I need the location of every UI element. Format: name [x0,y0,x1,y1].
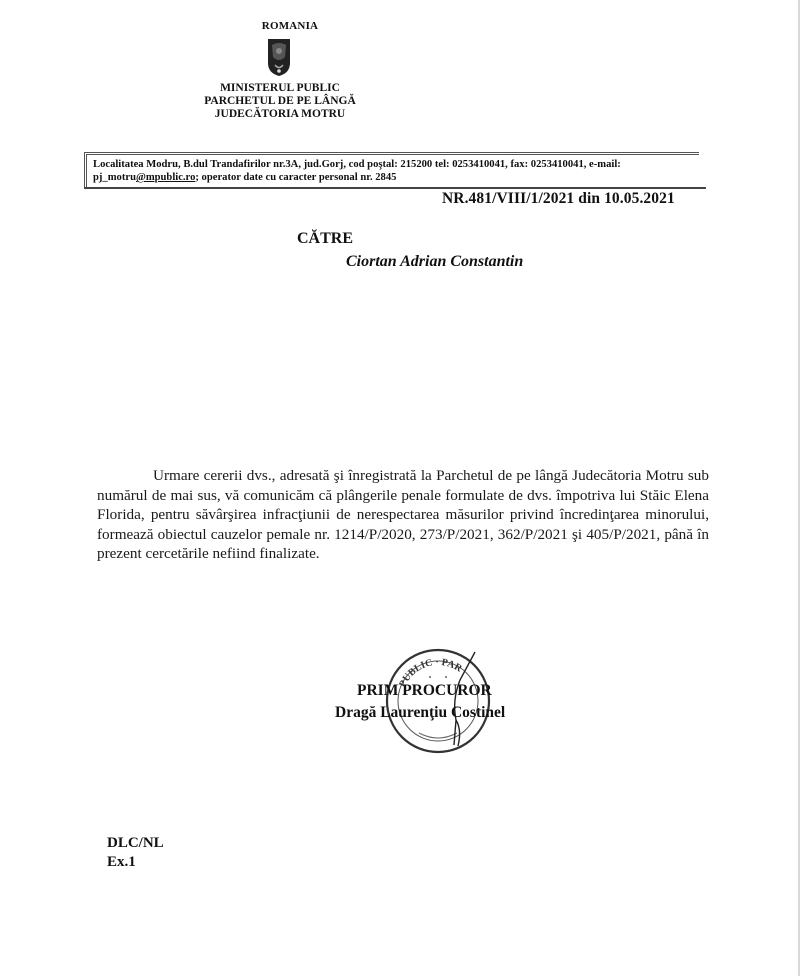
institution-line-2: PARCHETUL DE PE LÂNGĂ [180,95,380,108]
email-link[interactable]: @mpublic.ro [136,172,195,183]
signatory-name: Dragă Laurenţiu Costinel [335,704,505,722]
document-page: ROMANIA MINISTERUL PUBLIC PARCHETUL DE P… [0,0,800,976]
address-line-2: pj_motru@mpublic.ro; operator date cu ca… [93,171,693,184]
institution-line-1: MINISTERUL PUBLIC [180,82,380,95]
address-block: Localitatea Modru, B.dul Trandafirilor n… [84,152,699,187]
registration-number: NR.481/VIII/1/2021 din 10.05.2021 [442,190,675,208]
recipient-label: CĂTRE [297,230,353,248]
email-prefix: pj_motru [93,172,136,183]
signatory-title: PRIM PROCUROR [357,682,492,700]
operator-text: ; operator date cu caracter personal nr.… [195,172,396,183]
letterhead: ROMANIA MINISTERUL PUBLIC PARCHETUL DE P… [180,20,380,121]
romanian-coat-of-arms-icon [266,37,292,77]
reference-block: DLC/NL Ex.1 [107,834,164,872]
copy-count: Ex.1 [107,853,164,872]
letter-body: Urmare cererii dvs., adresată şi înregis… [97,466,709,564]
institution-line-3: JUDECĂTORIA MOTRU [180,108,380,121]
address-divider [84,187,706,189]
country-name: ROMANIA [200,20,380,33]
author-initials: DLC/NL [107,834,164,853]
address-line-1: Localitatea Modru, B.dul Trandafirilor n… [93,158,693,171]
signature-stroke [440,650,480,750]
recipient-name: Ciortan Adrian Constantin [346,253,523,271]
body-paragraph: Urmare cererii dvs., adresată şi înregis… [97,467,709,562]
